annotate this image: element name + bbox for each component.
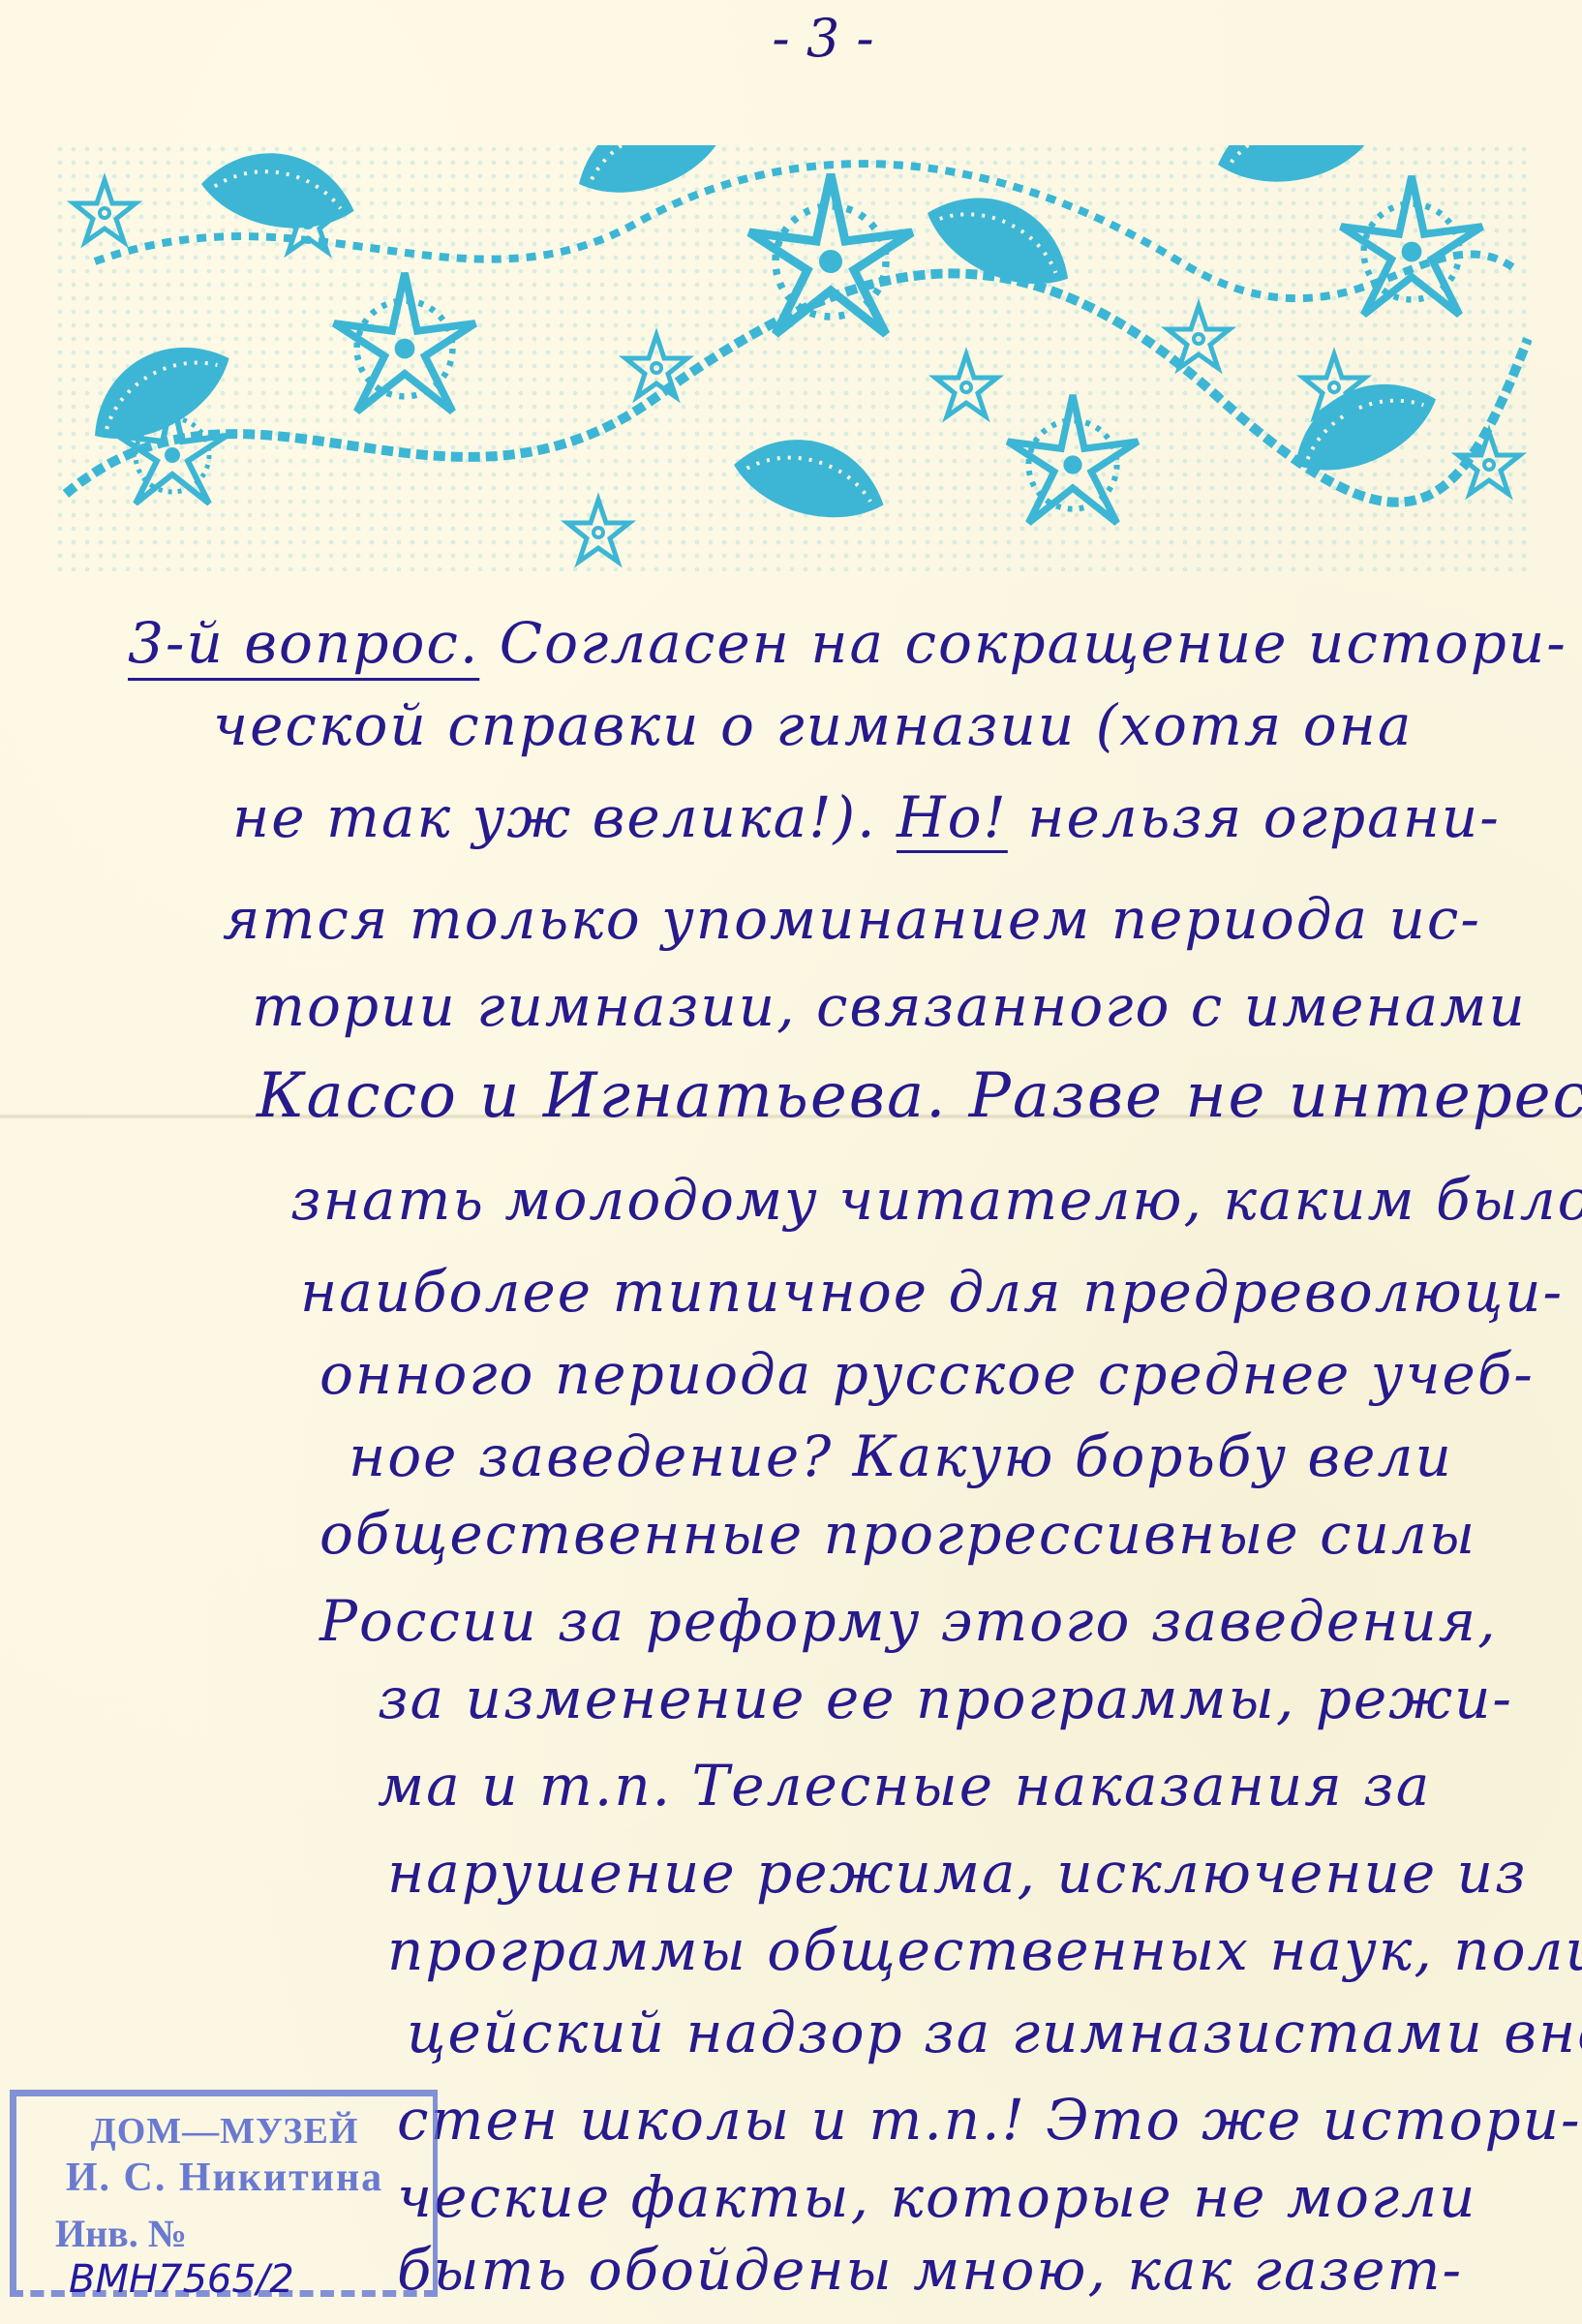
page-number: - 3 - [745,8,900,69]
letter-line-17: цейский надзор за гимназистами вне [407,2000,1582,2065]
stamp-inventory-number: ВМН7565/2 [69,2257,294,2302]
letter-line-12: России за реформу этого заведения, [319,1588,1498,1654]
line-text: Согласен на сокращение истори- [500,610,1567,676]
stamp-inventory-row: Инв. № ВМН7565/2 [16,2211,433,2302]
letter-line-7: знать молодому читателю, каким было [290,1167,1582,1233]
museum-inventory-stamp: ДОМ—МУЗЕЙ И. С. Никитина Инв. № ВМН7565/… [10,2090,438,2297]
letter-line-16: программы общественных наук, поли- [387,1917,1582,1983]
letter-line-2: ческой справки о гимназии (хотя она [213,692,1413,758]
letter-line-3: не так уж велика!). Но! нельзя ограни- [232,784,1501,850]
letter-line-5: тории гимназии, связанного с именами [252,973,1527,1039]
letter-line-19: ческие факты, которые не могли [397,2164,1477,2230]
letter-line-6: Кассо и Игнатьева. Разве не интересно [257,1060,1582,1132]
letter-line-4: ятся только упоминанием периода ис- [223,886,1481,952]
line-text-tail: нельзя ограни- [1027,784,1501,850]
letter-line-14: ма и т.п. Телесные наказания за [378,1753,1431,1819]
stamp-museum-subject: И. С. Никитина [16,2155,433,2201]
line-text: не так уж велика!). [232,784,877,850]
stamp-inventory-label: Инв. № [55,2212,187,2255]
letter-line-1: 3-й вопрос. Согласен на сокращение истор… [128,610,1567,676]
emphasis-word: Но! [897,784,1008,850]
letter-line-10: ное заведение? Какую борьбу вели [349,1423,1453,1489]
letter-line-13: за изменение ее программы, режи- [378,1666,1513,1731]
floral-lace-ornament-icon [56,145,1532,571]
letter-line-18: стен школы и т.п.! Это же истори- [397,2087,1582,2153]
stamp-museum-name: ДОМ—МУЗЕЙ [16,2110,433,2153]
letter-line-11: общественные прогрессивные силы [319,1501,1476,1567]
letter-line-20: быть обойдены мною, как газет- [397,2237,1463,2303]
letter-line-9: онного периода русское среднее учеб- [319,1341,1535,1407]
letter-line-15: нарушение режима, исключение из [387,1840,1528,1906]
question-label: 3-й вопрос. [128,610,479,676]
letter-line-8: наиболее типичное для предреволюци- [300,1259,1564,1325]
